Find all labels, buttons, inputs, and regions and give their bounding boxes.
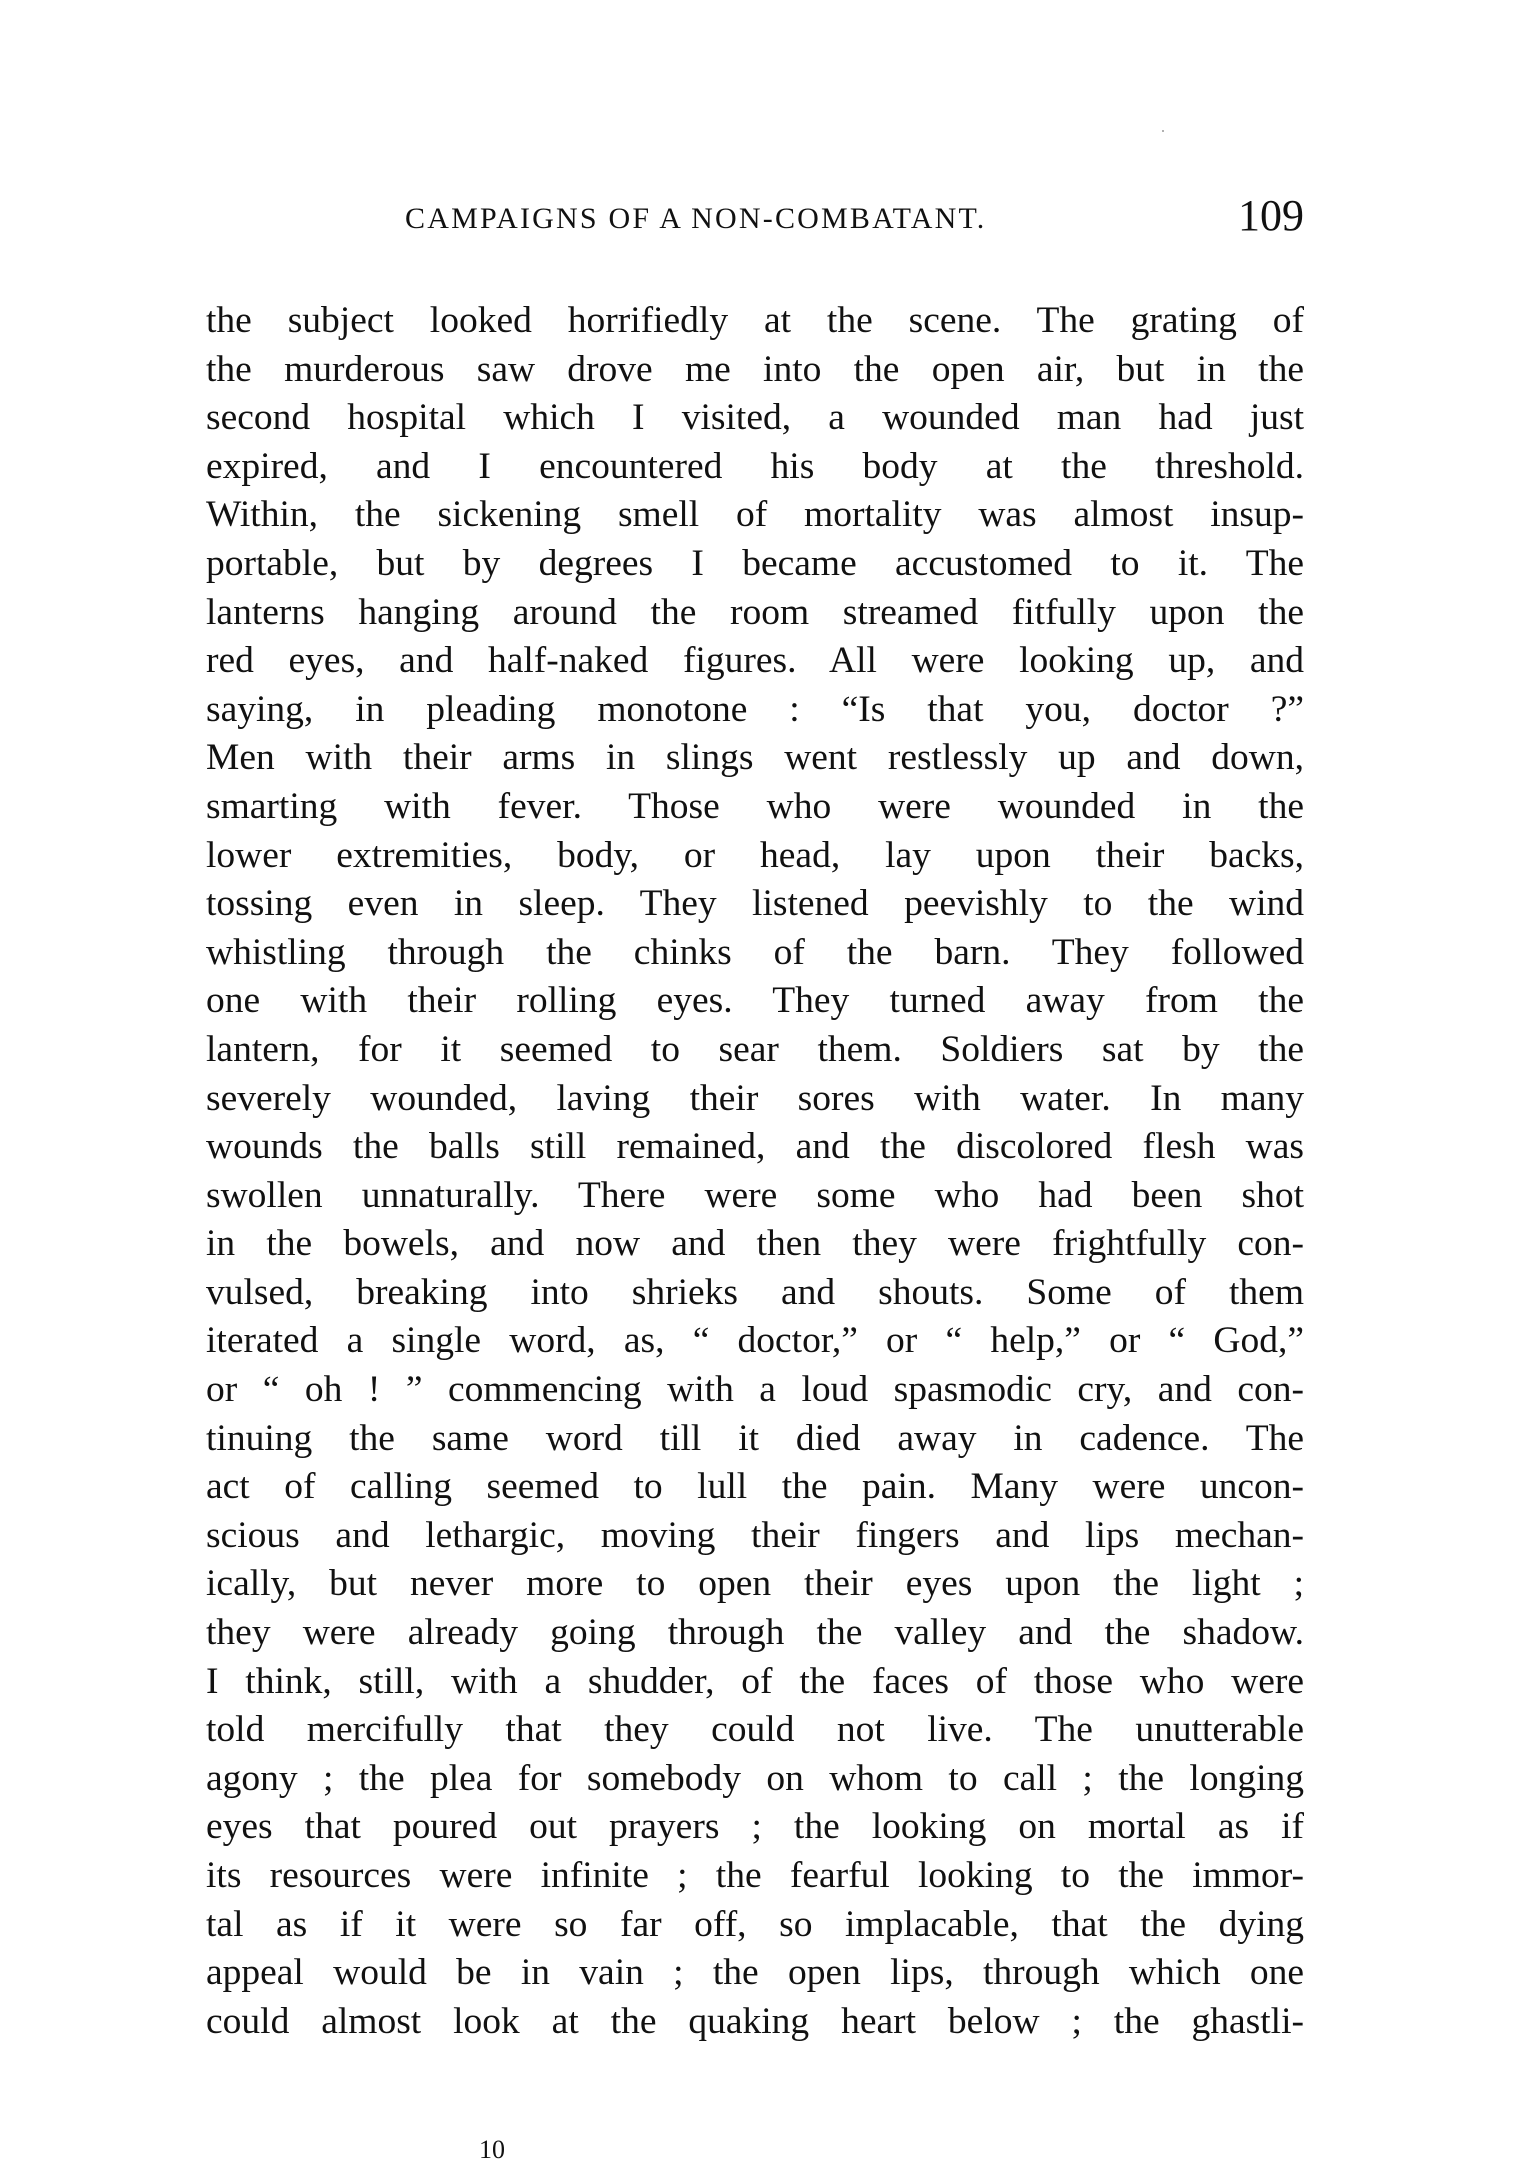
text-line: expired, and I encountered his body at t… (206, 443, 1304, 492)
text-line: whistling through the chinks of the barn… (206, 929, 1304, 978)
text-line: could almost look at the quaking heart b… (206, 1998, 1304, 2047)
paper-speck (1162, 130, 1164, 132)
text-line: or “ oh ! ” commencing with a loud spasm… (206, 1366, 1304, 1415)
text-line: told mercifully that they could not live… (206, 1706, 1304, 1755)
text-line: eyes that poured out prayers ; the looki… (206, 1803, 1304, 1852)
running-head-title: CAMPAIGNS OF A NON-COMBATANT. (405, 202, 987, 236)
text-line: tossing even in sleep. They listened pee… (206, 880, 1304, 929)
text-line: scious and lethargic, moving their finge… (206, 1512, 1304, 1561)
text-line: iterated a single word, as, “ doctor,” o… (206, 1317, 1304, 1366)
text-line: lantern, for it seemed to sear them. Sol… (206, 1026, 1304, 1075)
text-line: vulsed, breaking into shrieks and shouts… (206, 1269, 1304, 1318)
text-line: one with their rolling eyes. They turned… (206, 977, 1304, 1026)
text-line: red eyes, and half-naked figures. All we… (206, 637, 1304, 686)
text-line: its resources were infinite ; the fearfu… (206, 1852, 1304, 1901)
text-line: in the bowels, and now and then they wer… (206, 1220, 1304, 1269)
body-text: the subject looked horrifiedly at the sc… (206, 297, 1304, 2046)
text-line: second hospital which I visited, a wound… (206, 394, 1304, 443)
text-line: smarting with fever. Those who were woun… (206, 783, 1304, 832)
text-line: Men with their arms in slings went restl… (206, 734, 1304, 783)
book-page: CAMPAIGNS OF A NON-COMBATANT. 109 the su… (0, 0, 1517, 2184)
text-line: they were already going through the vall… (206, 1609, 1304, 1658)
text-line: saying, in pleading monotone : “Is that … (206, 686, 1304, 735)
text-line: I think, still, with a shudder, of the f… (206, 1658, 1304, 1707)
text-line: the subject looked horrifiedly at the sc… (206, 297, 1304, 346)
text-line: Within, the sickening smell of mortality… (206, 491, 1304, 540)
text-line: tinuing the same word till it died away … (206, 1415, 1304, 1464)
text-line: severely wounded, laving their sores wit… (206, 1075, 1304, 1124)
text-line: agony ; the plea for somebody on whom to… (206, 1755, 1304, 1804)
text-line: lower extremities, body, or head, lay up… (206, 832, 1304, 881)
signature-mark: 10 (479, 2135, 505, 2165)
text-line: lanterns hanging around the room streame… (206, 589, 1304, 638)
text-line: portable, but by degrees I became accust… (206, 540, 1304, 589)
text-line: act of calling seemed to lull the pain. … (206, 1463, 1304, 1512)
page-number: 109 (1238, 190, 1304, 241)
text-line: appeal would be in vain ; the open lips,… (206, 1949, 1304, 1998)
text-line: swollen unnaturally. There were some who… (206, 1172, 1304, 1221)
text-line: wounds the balls still remained, and the… (206, 1123, 1304, 1172)
text-line: tal as if it were so far off, so implaca… (206, 1901, 1304, 1950)
text-line: the murderous saw drove me into the open… (206, 346, 1304, 395)
text-line: ically, but never more to open their eye… (206, 1560, 1304, 1609)
